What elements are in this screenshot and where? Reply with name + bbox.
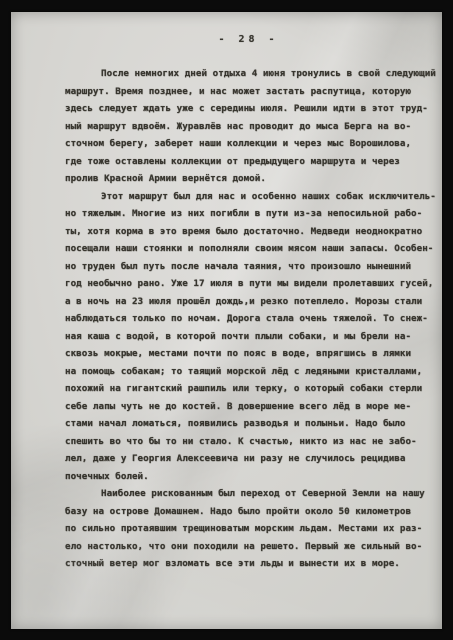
text-line: где тоже оставлены коллекции от предыдущ… — [65, 156, 437, 174]
text-line: После немногих дней отдыха 4 июня тронул… — [65, 68, 437, 86]
text-line: наблюдаться только по ночам. Дорога стал… — [65, 313, 437, 331]
text-line: почечных болей. — [65, 471, 437, 489]
text-line: а в ночь на 23 июля прошёл дождь,и резко… — [65, 296, 437, 314]
text-line: сквозь мокрые, местами почти по пояс в в… — [65, 348, 437, 366]
text-line: ная каша с водой, в которой почти плыли … — [65, 331, 437, 349]
paragraph: После немногих дней отдыха 4 июня тронул… — [65, 68, 437, 191]
text-line: спешить во что бы то ни стало. К счастью… — [65, 436, 437, 454]
text-line: год необычно рано. Уже 17 июля в пути мы… — [65, 278, 437, 296]
text-line: пролив Красной Армии вернётся домой. — [65, 173, 437, 191]
text-line: но труден был путь после начала таяния, … — [65, 261, 437, 279]
text-line: стами начал ломаться, появились разводья… — [65, 418, 437, 436]
text-line: по сильно протаявшим трещиноватым морски… — [65, 523, 437, 541]
text-line: Этот маршрут был для нас и особенно наши… — [65, 191, 437, 209]
text-line: похожий на гигантский рашпиль или терку,… — [65, 383, 437, 401]
text-line: себе лапы чуть не до костей. В довершени… — [65, 401, 437, 419]
text-line: базу на острове Домашнем. Надо было прой… — [65, 506, 437, 524]
paragraph: Наиболее рискованным был переход от Севе… — [65, 488, 437, 576]
paragraph: Этот маршрут был для нас и особенно наши… — [65, 191, 437, 489]
text-line: лел, даже у Георгия Алексеевича ни разу … — [65, 453, 437, 471]
text-line: маршрут. Время позднее, и нас может заст… — [65, 86, 437, 104]
text-line: посещали наши стоянки и пополняли своим … — [65, 243, 437, 261]
page-number: - 28 - — [33, 34, 442, 45]
scan-background: - 28 - После немногих дней отдыха 4 июня… — [0, 0, 453, 640]
text-line: сточном берегу, заберет наши коллекции и… — [65, 138, 437, 156]
text-line: но тяжелым. Многие из них погибли в пути… — [65, 208, 437, 226]
document-page: - 28 - После немногих дней отдыха 4 июня… — [11, 12, 442, 629]
text-line: на помощь собакам; то таящий морской лёд… — [65, 366, 437, 384]
text-line: здесь следует ждать уже с середины июля.… — [65, 103, 437, 121]
text-line: сточный ветер мог взломать все эти льды … — [65, 558, 437, 576]
text-line: ты, хотя корма в это время было достаточ… — [65, 226, 437, 244]
document-text: После немногих дней отдыха 4 июня тронул… — [65, 68, 437, 576]
text-line: ный маршрут вдвоём. Журавлёв нас проводи… — [65, 121, 437, 139]
text-line: Наиболее рискованным был переход от Севе… — [65, 488, 437, 506]
text-line: ело настолько, что они походили на решет… — [65, 541, 437, 559]
